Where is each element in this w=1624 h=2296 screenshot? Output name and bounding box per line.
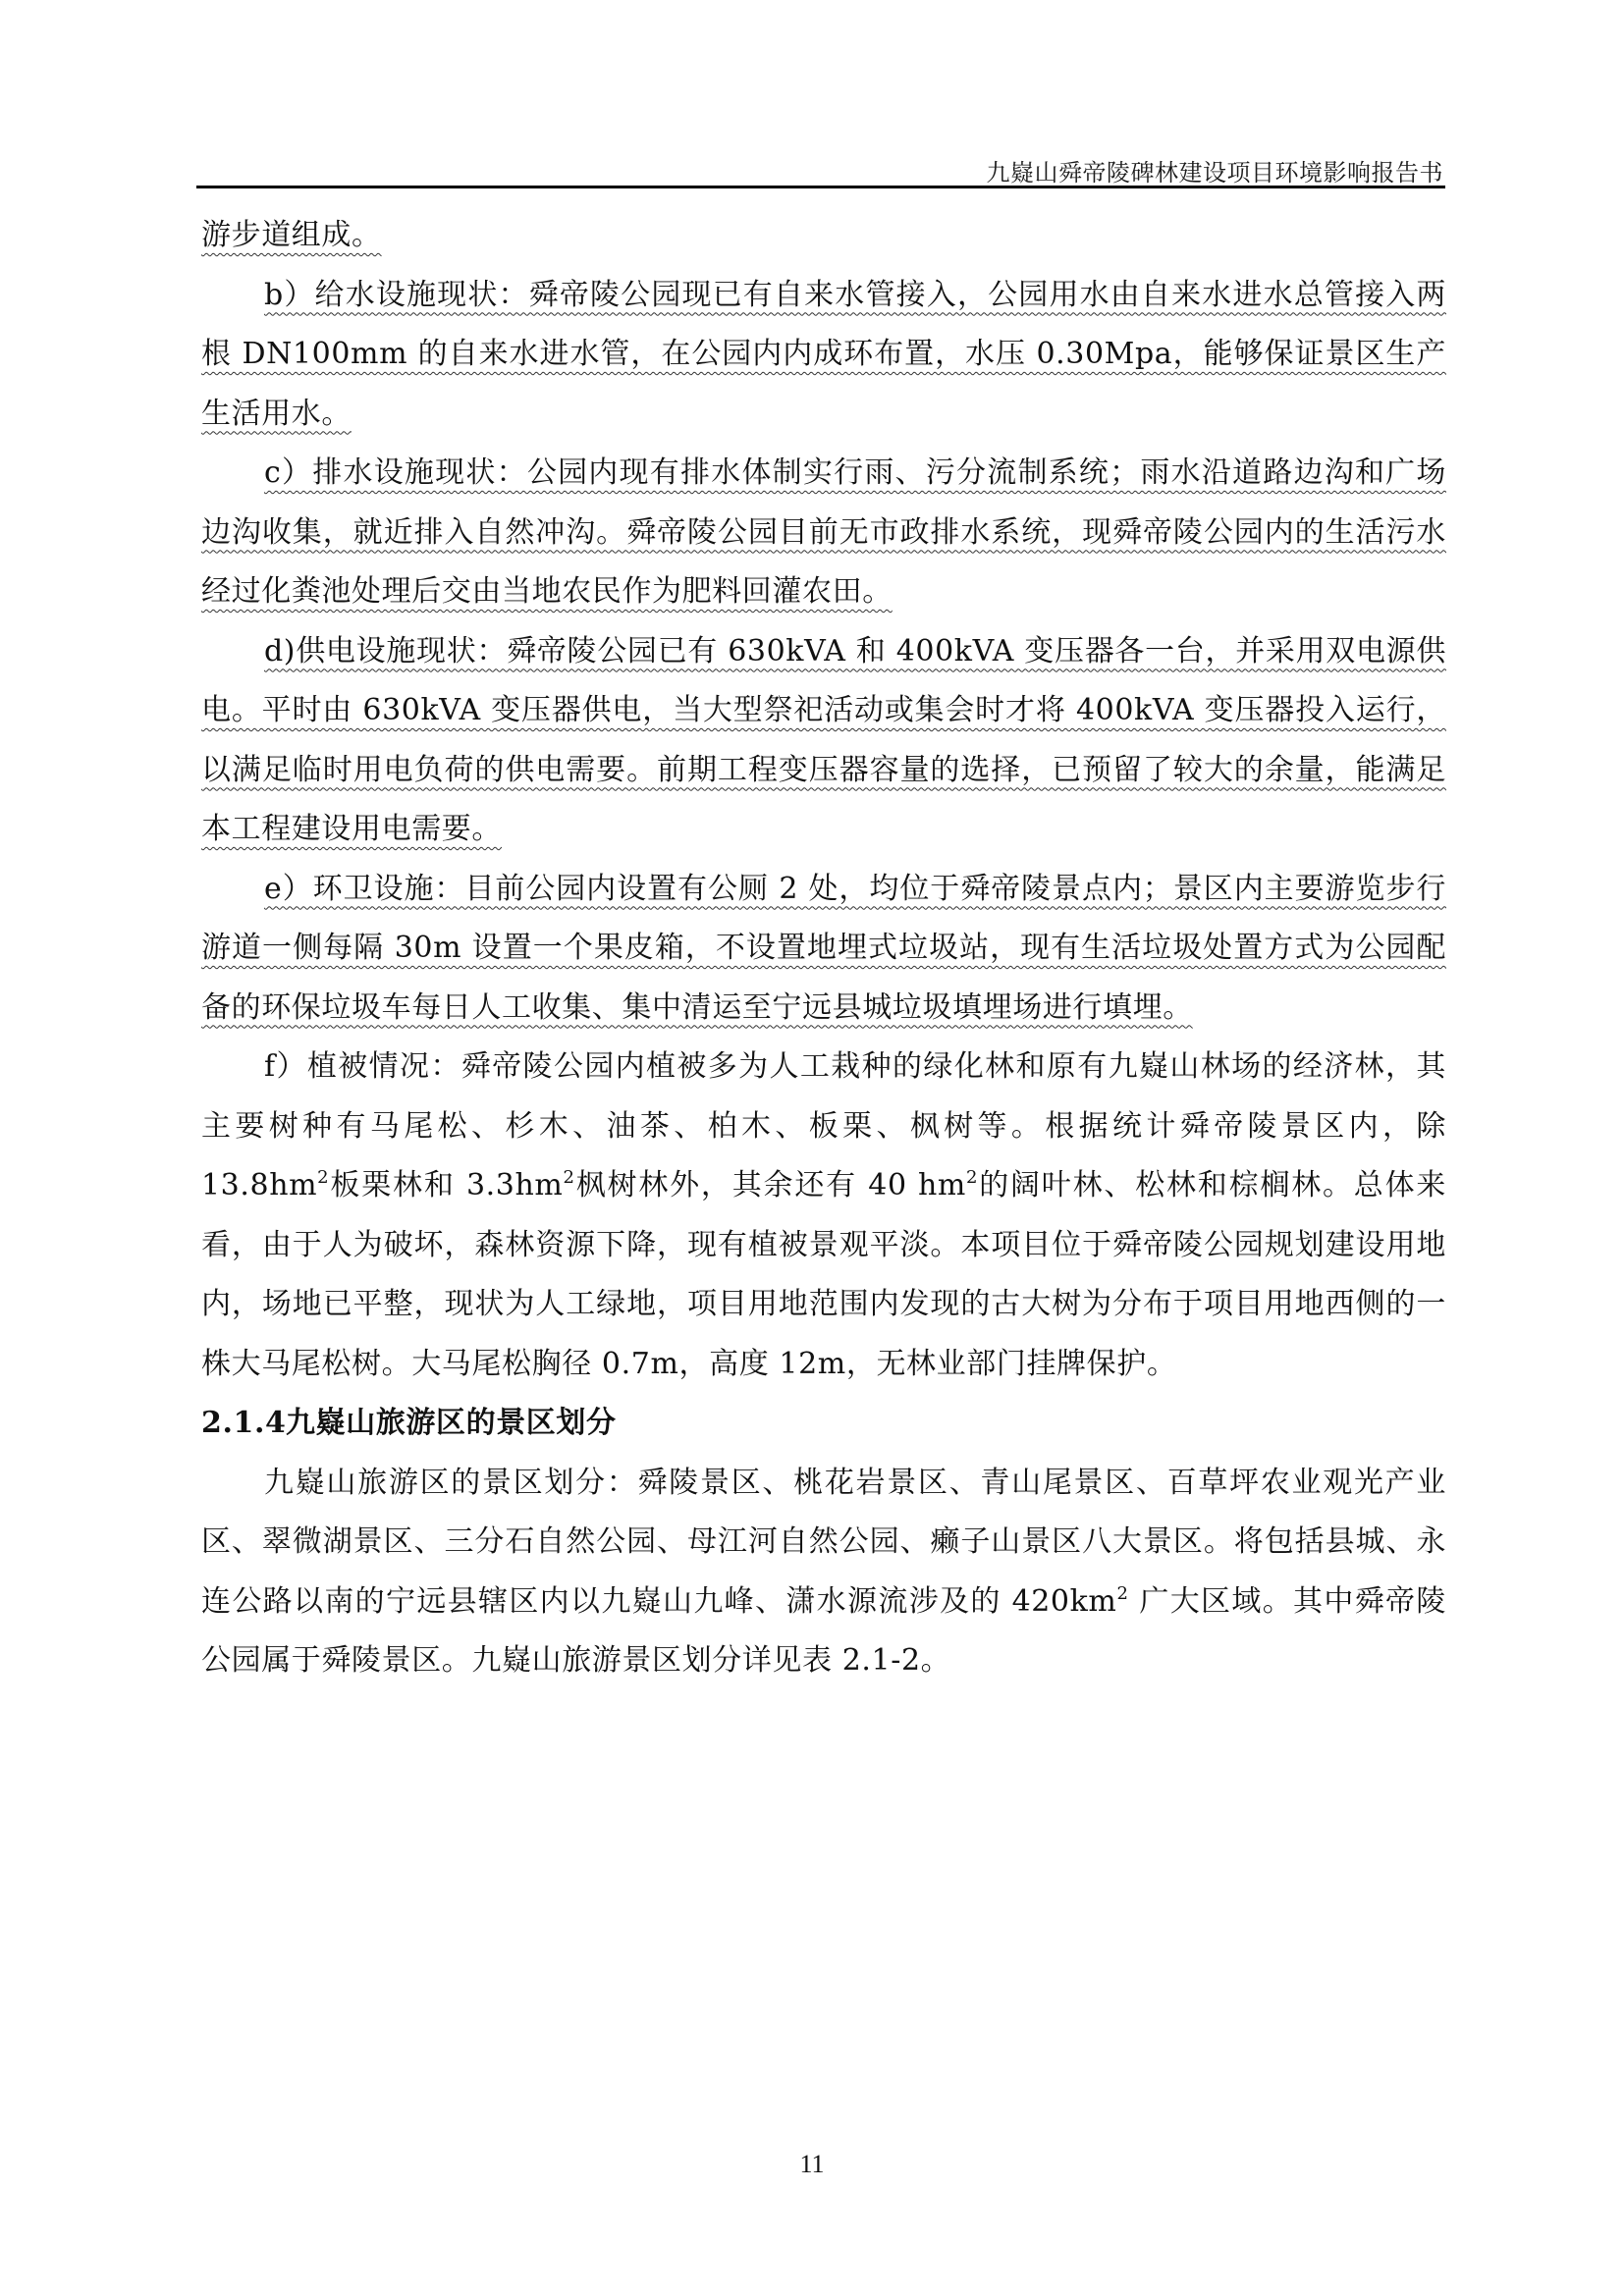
paragraph-text: 游步道组成。	[201, 218, 382, 252]
paragraph-text: b）给水设施现状：舜帝陵公园现已有自来水管接入，公园用水由自来水进水总管接入两根…	[201, 278, 1446, 431]
page-number: 11	[0, 2150, 1624, 2179]
section-title: 九嶷山旅游区的景区划分	[286, 1406, 617, 1440]
superscript: 2	[563, 1167, 574, 1188]
page-header: 九嶷山舜帝陵碑林建设项目环境影响报告书	[196, 137, 1445, 188]
document-body: 游步道组成。 b）给水设施现状：舜帝陵公园现已有自来水管接入，公园用水由自来水进…	[201, 206, 1446, 1691]
section-number: 2.1.4	[201, 1394, 286, 1454]
superscript: 2	[966, 1167, 978, 1188]
section-heading: 2.1.4九嶷山旅游区的景区划分	[201, 1394, 1446, 1454]
paragraph-text: 板栗林和 3.3hm	[329, 1168, 563, 1202]
paragraph-text: d)供电设施现状：舜帝陵公园已有 630kVA 和 400kVA 变压器各一台，…	[201, 634, 1446, 847]
paragraph-text: e）环卫设施：目前公园内设置有公厕 2 处，均位于舜帝陵景点内；景区内主要游览步…	[201, 872, 1446, 1025]
paragraph-text: 枫树林外，其余还有 40 hm	[575, 1168, 966, 1202]
paragraph-continuation: 游步道组成。	[201, 206, 1446, 266]
paragraph-power-supply: d)供电设施现状：舜帝陵公园已有 630kVA 和 400kVA 变压器各一台，…	[201, 622, 1446, 860]
superscript: 2	[317, 1167, 329, 1188]
superscript: 2	[1116, 1583, 1128, 1604]
paragraph-water-supply: b）给水设施现状：舜帝陵公园现已有自来水管接入，公园用水由自来水进水总管接入两根…	[201, 266, 1446, 445]
paragraph-sanitation: e）环卫设施：目前公园内设置有公厕 2 处，均位于舜帝陵景点内；景区内主要游览步…	[201, 860, 1446, 1039]
paragraph-vegetation: f）植被情况：舜帝陵公园内植被多为人工栽种的绿化林和原有九嶷山林场的经济林，其主…	[201, 1038, 1446, 1394]
paragraph-drainage: c）排水设施现状：公园内现有排水体制实行雨、污分流制系统；雨水沿道路边沟和广场边…	[201, 444, 1446, 622]
document-title: 九嶷山舜帝陵碑林建设项目环境影响报告书	[987, 153, 1444, 187]
paragraph-scenic-divisions: 九嶷山旅游区的景区划分：舜陵景区、桃花岩景区、青山尾景区、百草坪农业观光产业区、…	[201, 1454, 1446, 1691]
paragraph-text: c）排水设施现状：公园内现有排水体制实行雨、污分流制系统；雨水沿道路边沟和广场边…	[201, 455, 1446, 609]
